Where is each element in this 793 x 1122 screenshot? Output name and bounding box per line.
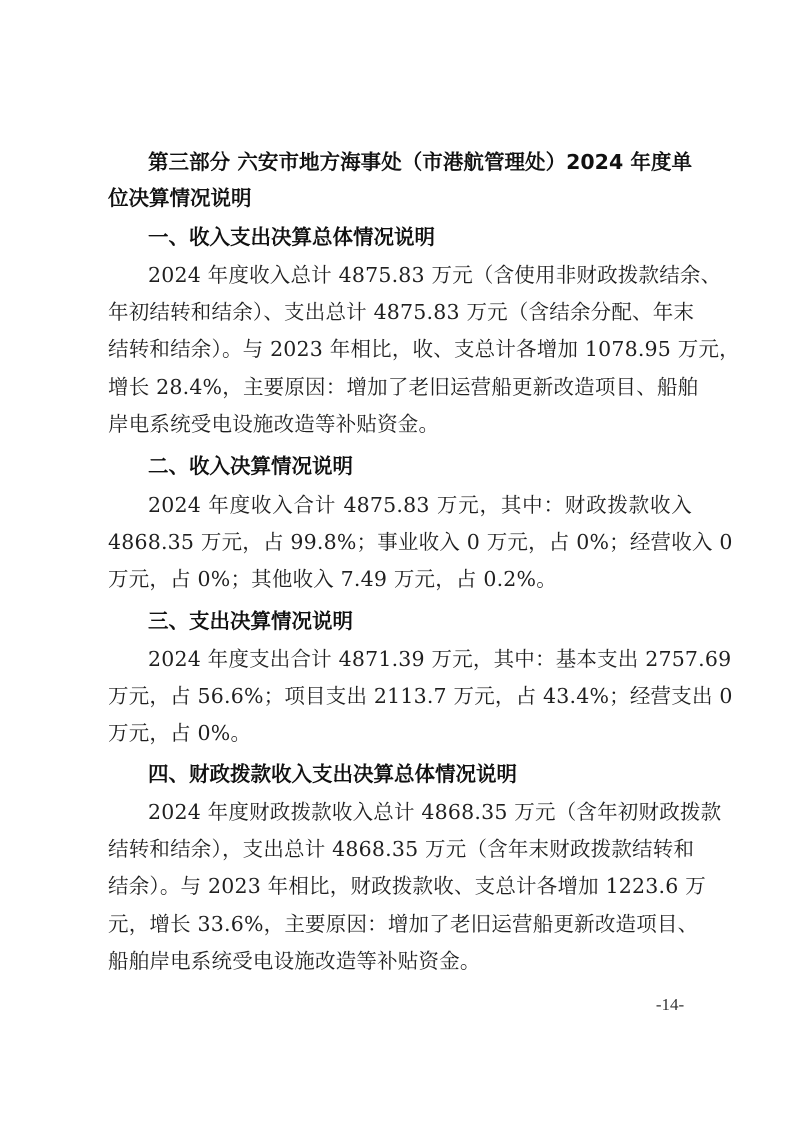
section-4-heading: 四、财政拨款收入支出决算总体情况说明 bbox=[148, 759, 692, 789]
section-2-paragraph-line: 4868.35 万元，占 99.8%；事业收入 0 万元，占 0%；经营收入 0 bbox=[108, 527, 692, 557]
section-1-paragraph-line: 增长 28.4%，主要原因：增加了老旧运营船更新改造项目、船舶 bbox=[108, 372, 692, 402]
section-1-paragraph-line: 岸电系统受电设施改造等补贴资金。 bbox=[108, 409, 692, 439]
section-3-paragraph-line: 万元，占 0%。 bbox=[108, 718, 692, 748]
section-4-paragraph-line: 结转和结余），支出总计 4868.35 万元（含年末财政拨款结转和 bbox=[108, 834, 692, 864]
document-page: 第三部分 六安市地方海事处（市港航管理处）2024 年度单 位决算情况说明 一、… bbox=[0, 0, 793, 1122]
section-1-paragraph-line: 年初结转和结余）、支出总计 4875.83 万元（含结余分配、年末 bbox=[108, 297, 692, 327]
section-3-paragraph-line: 2024 年度支出合计 4871.39 万元，其中：基本支出 2757.69 bbox=[148, 644, 692, 674]
section-1-paragraph-line: 结转和结余）。与 2023 年相比，收、支总计各增加 1078.95 万元， bbox=[108, 334, 692, 364]
document-title-line-1: 第三部分 六安市地方海事处（市港航管理处）2024 年度单 bbox=[148, 147, 692, 177]
section-2-paragraph-line: 2024 年度收入合计 4875.83 万元，其中：财政拨款收入 bbox=[148, 490, 692, 520]
section-4-paragraph-line: 结余）。与 2023 年相比，财政拨款收、支总计各增加 1223.6 万 bbox=[108, 871, 692, 901]
section-4-paragraph-line: 2024 年度财政拨款收入总计 4868.35 万元（含年初财政拨款 bbox=[148, 797, 692, 827]
section-3-paragraph-line: 万元，占 56.6%；项目支出 2113.7 万元，占 43.4%；经营支出 0 bbox=[108, 681, 692, 711]
section-1-heading: 一、收入支出决算总体情况说明 bbox=[148, 222, 692, 252]
section-1-paragraph-line: 2024 年度收入总计 4875.83 万元（含使用非财政拨款结余、 bbox=[148, 260, 692, 290]
section-2-heading: 二、收入决算情况说明 bbox=[148, 451, 692, 481]
section-4-paragraph-line: 船舶岸电系统受电设施改造等补贴资金。 bbox=[108, 946, 692, 976]
document-title-line-2: 位决算情况说明 bbox=[108, 183, 692, 213]
page-number: -14- bbox=[640, 995, 700, 1015]
section-2-paragraph-line: 万元，占 0%；其他收入 7.49 万元，占 0.2%。 bbox=[108, 564, 692, 594]
section-3-heading: 三、支出决算情况说明 bbox=[148, 606, 692, 636]
section-4-paragraph-line: 元，增长 33.6%，主要原因：增加了老旧运营船更新改造项目、 bbox=[108, 909, 692, 939]
